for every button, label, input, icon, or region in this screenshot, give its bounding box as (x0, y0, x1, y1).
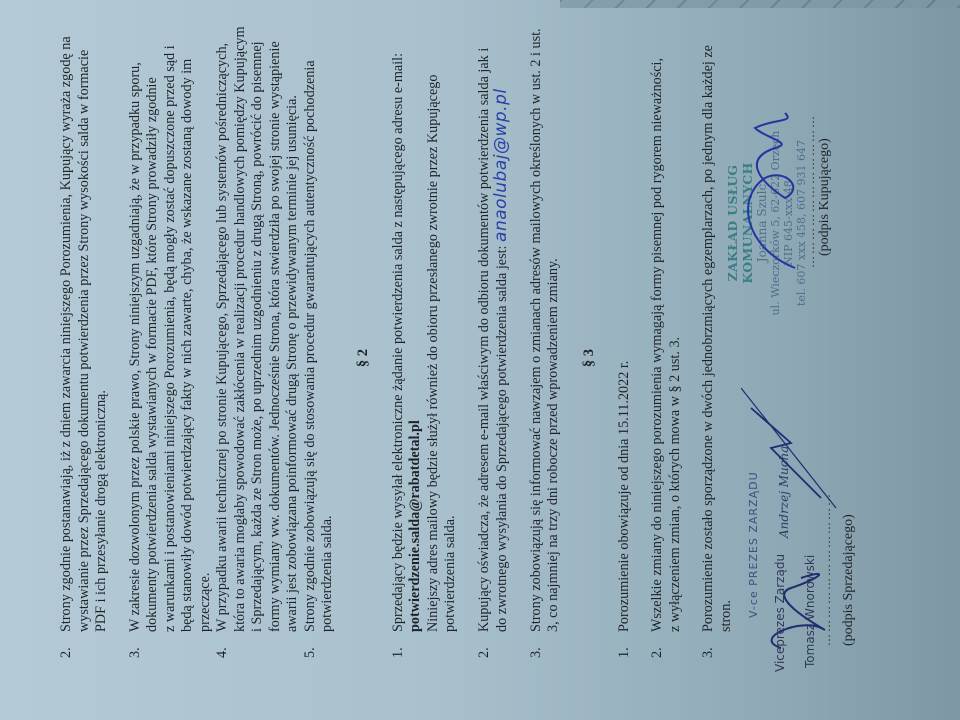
list-item: 5.Strony zgodnie zobowiązują się do stos… (302, 58, 337, 658)
section-3-list: 1.Porozumienie obowiązuje od dnia 15.11.… (616, 58, 736, 658)
list-item-number: 1. (390, 647, 408, 658)
text-line: przeczące. (197, 58, 215, 632)
handwritten-buyer-email: anaolubaj@wp.pl (491, 88, 511, 242)
text-line: potwierdzenia salda. (319, 58, 337, 632)
text-line: wystawianie przez Sprzedającego dokument… (76, 58, 94, 632)
list-item-number: 3. (700, 647, 718, 658)
list-item: 3.Strony zobowiązują się informować nawz… (528, 58, 563, 658)
document-content: 2.Strony zgodnie postanawiają, iż z dnie… (58, 58, 895, 658)
buyer-handwritten-signature (735, 88, 835, 288)
list-item-number: 3. (528, 647, 546, 658)
text-line-prefix: do zwrotnego wysyłania do Sprzedającego … (494, 242, 510, 632)
text-line: do zwrotnego wysyłania do Sprzedającego … (493, 58, 512, 632)
seller-email-address: potwierdzenie.salda@rabatdetal.pl (407, 58, 425, 632)
list-item-number: 2. (58, 647, 76, 658)
text-line: Porozumienie zostało sporządzone w dwóch… (700, 58, 718, 632)
text-line: Strony zobowiązują się informować nawzaj… (528, 58, 546, 632)
text-line: W zakresie dozwolonym przez polskie praw… (127, 58, 145, 632)
section-2-heading: § 2 (355, 58, 372, 658)
list-item: 4.W przypadku awarii technicznej po stro… (214, 58, 302, 658)
list-item: 3.W zakresie dozwolonym przez polskie pr… (127, 58, 215, 658)
text-line: z wyłączeniem zmian, o których mowa w § … (667, 58, 685, 632)
text-line: formy wymiany ww. dokumentów. Jednocześn… (267, 58, 285, 632)
document-page: 2.Strony zgodnie postanawiają, iż z dnie… (0, 0, 960, 720)
text-line: Strony zgodnie zobowiązują się do stosow… (302, 58, 320, 632)
list-item-number: 2. (476, 647, 494, 658)
text-line: która to awaria mogłaby spowodować zakłó… (232, 58, 250, 632)
list-item: 1.Porozumienie obowiązuje od dnia 15.11.… (616, 58, 634, 658)
spacer (512, 58, 528, 658)
text-line: 3, co najmniej na trzy dni robocze przed… (545, 58, 563, 632)
spacer (684, 58, 700, 658)
list-item-number: 1. (616, 647, 634, 658)
text-line: i Sprzedającym, każda ze Stron może, po … (249, 58, 267, 632)
list-item: 2.Wszelkie zmiany do niniejszego porozum… (649, 58, 684, 658)
text-line: Niniejszy adres mailowy będzie służył ró… (425, 58, 443, 632)
list-item-number: 2. (649, 647, 667, 658)
section-1-list: 2.Strony zgodnie postanawiają, iż z dnie… (58, 58, 337, 658)
text-line: z warunkami i postanowieniami niniejszeg… (162, 58, 180, 632)
text-line: będą stanowiły dowód potwierdzający fakt… (179, 58, 197, 632)
list-item-number: 3. (127, 647, 145, 658)
list-item: 1.Sprzedający będzie wysyłał elektronicz… (390, 58, 460, 658)
text-line: PDF i ich przesyłanie drogą elektroniczn… (93, 58, 111, 632)
text-line: W przypadku awarii technicznej po stroni… (214, 58, 232, 632)
spacer (460, 58, 476, 658)
spacer (111, 58, 127, 658)
list-item: 2.Strony zgodnie postanawiają, iż z dnie… (58, 58, 111, 658)
section-3-heading: § 3 (581, 58, 598, 658)
text-line: Strony zgodnie postanawiają, iż z dniem … (58, 58, 76, 632)
list-item-number: 4. (214, 647, 232, 658)
section-2-list: 1.Sprzedający będzie wysyłał elektronicz… (390, 58, 563, 658)
text-line: dokumenty potwierdzenia salda wystawiany… (144, 58, 162, 632)
list-item-number: 5. (302, 647, 320, 658)
signature-area: V-ce PREZES ZARZĄDU Andrzej Mucha Vicepr… (745, 58, 895, 658)
spacer (633, 58, 649, 658)
text-line: Wszelkie zmiany do niniejszego porozumie… (649, 58, 667, 632)
text-line: awarii jest zobowiązana poinformować dru… (284, 58, 302, 632)
text-line: Porozumienie obowiązuje od dnia 15.11.20… (616, 58, 634, 632)
seller-handwritten-signature (741, 378, 851, 658)
list-item: 2.Kupujący oświadcza, że adresem e-mail … (476, 58, 512, 658)
text-line: potwierdzenia salda. (442, 58, 460, 632)
text-line: Sprzedający będzie wysyłał elektroniczne… (390, 58, 408, 632)
